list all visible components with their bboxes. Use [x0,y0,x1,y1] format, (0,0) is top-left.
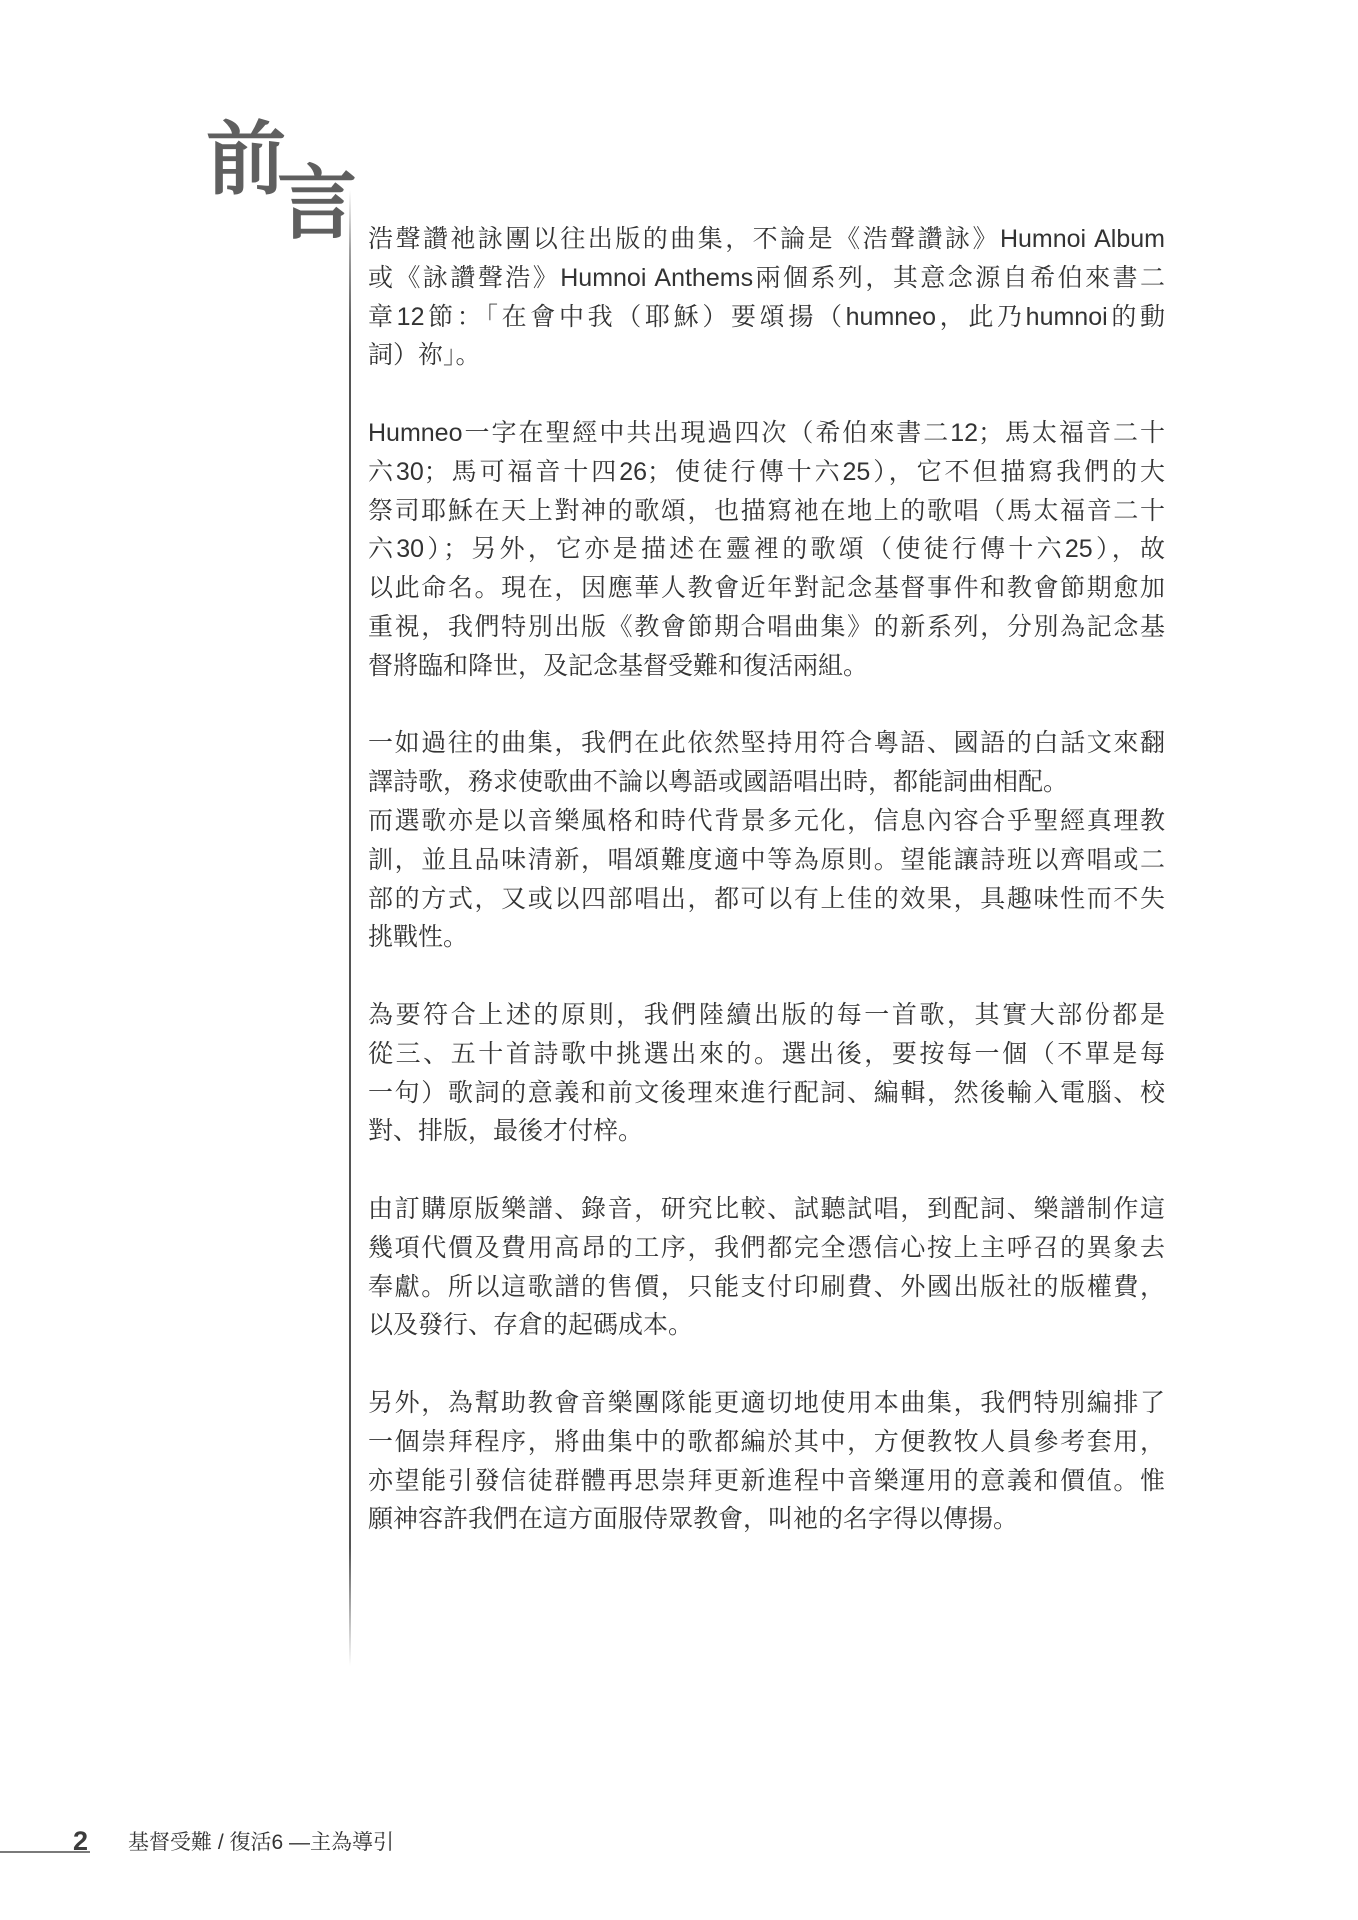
text-line: 幾項代價及費用高昂的工序，我們都完全憑信心按上主呼召的異象去 [368,1229,1165,1268]
page-number: 2 [73,1828,88,1855]
text-line: 願神容許我們在這方面服侍眾教會，叫祂的名字得以傳揚。 [368,1500,1165,1539]
vertical-divider [349,190,351,1666]
text-line: 一如過往的曲集，我們在此依然堅持用符合粵語、國語的白話文來翻 [368,724,1165,763]
text-line: 重視，我們特別出版《教會節期合唱曲集》的新系列，分別為記念基 [368,608,1165,647]
text-line: 六30）；另外，它亦是描述在靈裡的歌頌（使徒行傳十六25），故 [368,530,1165,569]
text-line: 而選歌亦是以音樂風格和時代背景多元化，信息內容合乎聖經真理教 [368,802,1165,841]
text-line: 挑戰性。 [368,918,1165,957]
text-line: 章12節：「在會中我（耶穌）要頌揚（humneo，此乃humnoi的動 [368,298,1165,337]
text-line: 督將臨和降世，及記念基督受難和復活兩組。 [368,647,1165,686]
text-line: 祭司耶穌在天上對神的歌頌，也描寫祂在地上的歌唱（馬太福音二十 [368,492,1165,531]
paragraph-6: 另外，為幫助教會音樂團隊能更適切地使用本曲集，我們特別編排了 一個崇拜程序，將曲… [368,1384,1165,1539]
text-line: 訓，並且品味清新，唱頌難度適中等為原則。望能讓詩班以齊唱或二 [368,841,1165,880]
text-line: 詞）祢」。 [368,336,1165,375]
text-line: 為要符合上述的原則，我們陸續出版的每一首歌，其實大部份都是 [368,996,1165,1035]
text-line: 亦望能引發信徒群體再思崇拜更新進程中音樂運用的意義和價值。惟 [368,1462,1165,1501]
text-line: 一個崇拜程序，將曲集中的歌都編於其中，方便教牧人員參考套用， [368,1423,1165,1462]
text-line: 從三、五十首詩歌中挑選出來的。選出後，要按每一個（不單是每 [368,1035,1165,1074]
text-line: 奉獻。所以這歌譜的售價，只能支付印刷費、外國出版社的版權費， [368,1268,1165,1307]
text-line: 以此命名。現在，因應華人教會近年對記念基督事件和教會節期愈加 [368,569,1165,608]
text-line: Humneo一字在聖經中共出現過四次（希伯來書二12；馬太福音二十 [368,414,1165,453]
text-line: 浩聲讚祂詠團以往出版的曲集，不論是《浩聲讚詠》Humnoi Album [368,220,1165,259]
text-line: 對、排版，最後才付梓。 [368,1112,1165,1151]
text-line: 六30；馬可福音十四26；使徒行傳十六25），它不但描寫我們的大 [368,453,1165,492]
preface-body: 浩聲讚祂詠團以往出版的曲集，不論是《浩聲讚詠》Humnoi Album 或《詠讚… [368,220,1165,1578]
text-line: 由訂購原版樂譜、錄音，研究比較、試聽試唱，到配詞、樂譜制作這 [368,1190,1165,1229]
heading-char-qian: 前 [206,120,286,200]
text-line: 另外，為幫助教會音樂團隊能更適切地使用本曲集，我們特別編排了 [368,1384,1165,1423]
text-line: 或《詠讚聲浩》Humnoi Anthems兩個系列，其意念源自希伯來書二 [368,259,1165,298]
text-line: 部的方式，又或以四部唱出，都可以有上佳的效果，具趣味性而不失 [368,880,1165,919]
heading-char-yan: 言 [277,164,357,244]
paragraph-1: 浩聲讚祂詠團以往出版的曲集，不論是《浩聲讚詠》Humnoi Album 或《詠讚… [368,220,1165,375]
paragraph-2: Humneo一字在聖經中共出現過四次（希伯來書二12；馬太福音二十 六30；馬可… [368,414,1165,686]
paragraph-5: 由訂購原版樂譜、錄音，研究比較、試聽試唱，到配詞、樂譜制作這 幾項代價及費用高昂… [368,1190,1165,1345]
paragraph-4: 為要符合上述的原則，我們陸續出版的每一首歌，其實大部份都是 從三、五十首詩歌中挑… [368,996,1165,1151]
text-line: 譯詩歌，務求使歌曲不論以粵語或國語唱出時，都能詞曲相配。 [368,763,1165,802]
paragraph-3: 一如過往的曲集，我們在此依然堅持用符合粵語、國語的白話文來翻 譯詩歌，務求使歌曲… [368,724,1165,957]
text-line: 一句）歌詞的意義和前文後理來進行配詞、編輯，然後輸入電腦、校 [368,1074,1165,1113]
text-line: 以及發行、存倉的起碼成本。 [368,1306,1165,1345]
running-title: 基督受難 / 復活6 —主為導引 [128,1832,394,1853]
